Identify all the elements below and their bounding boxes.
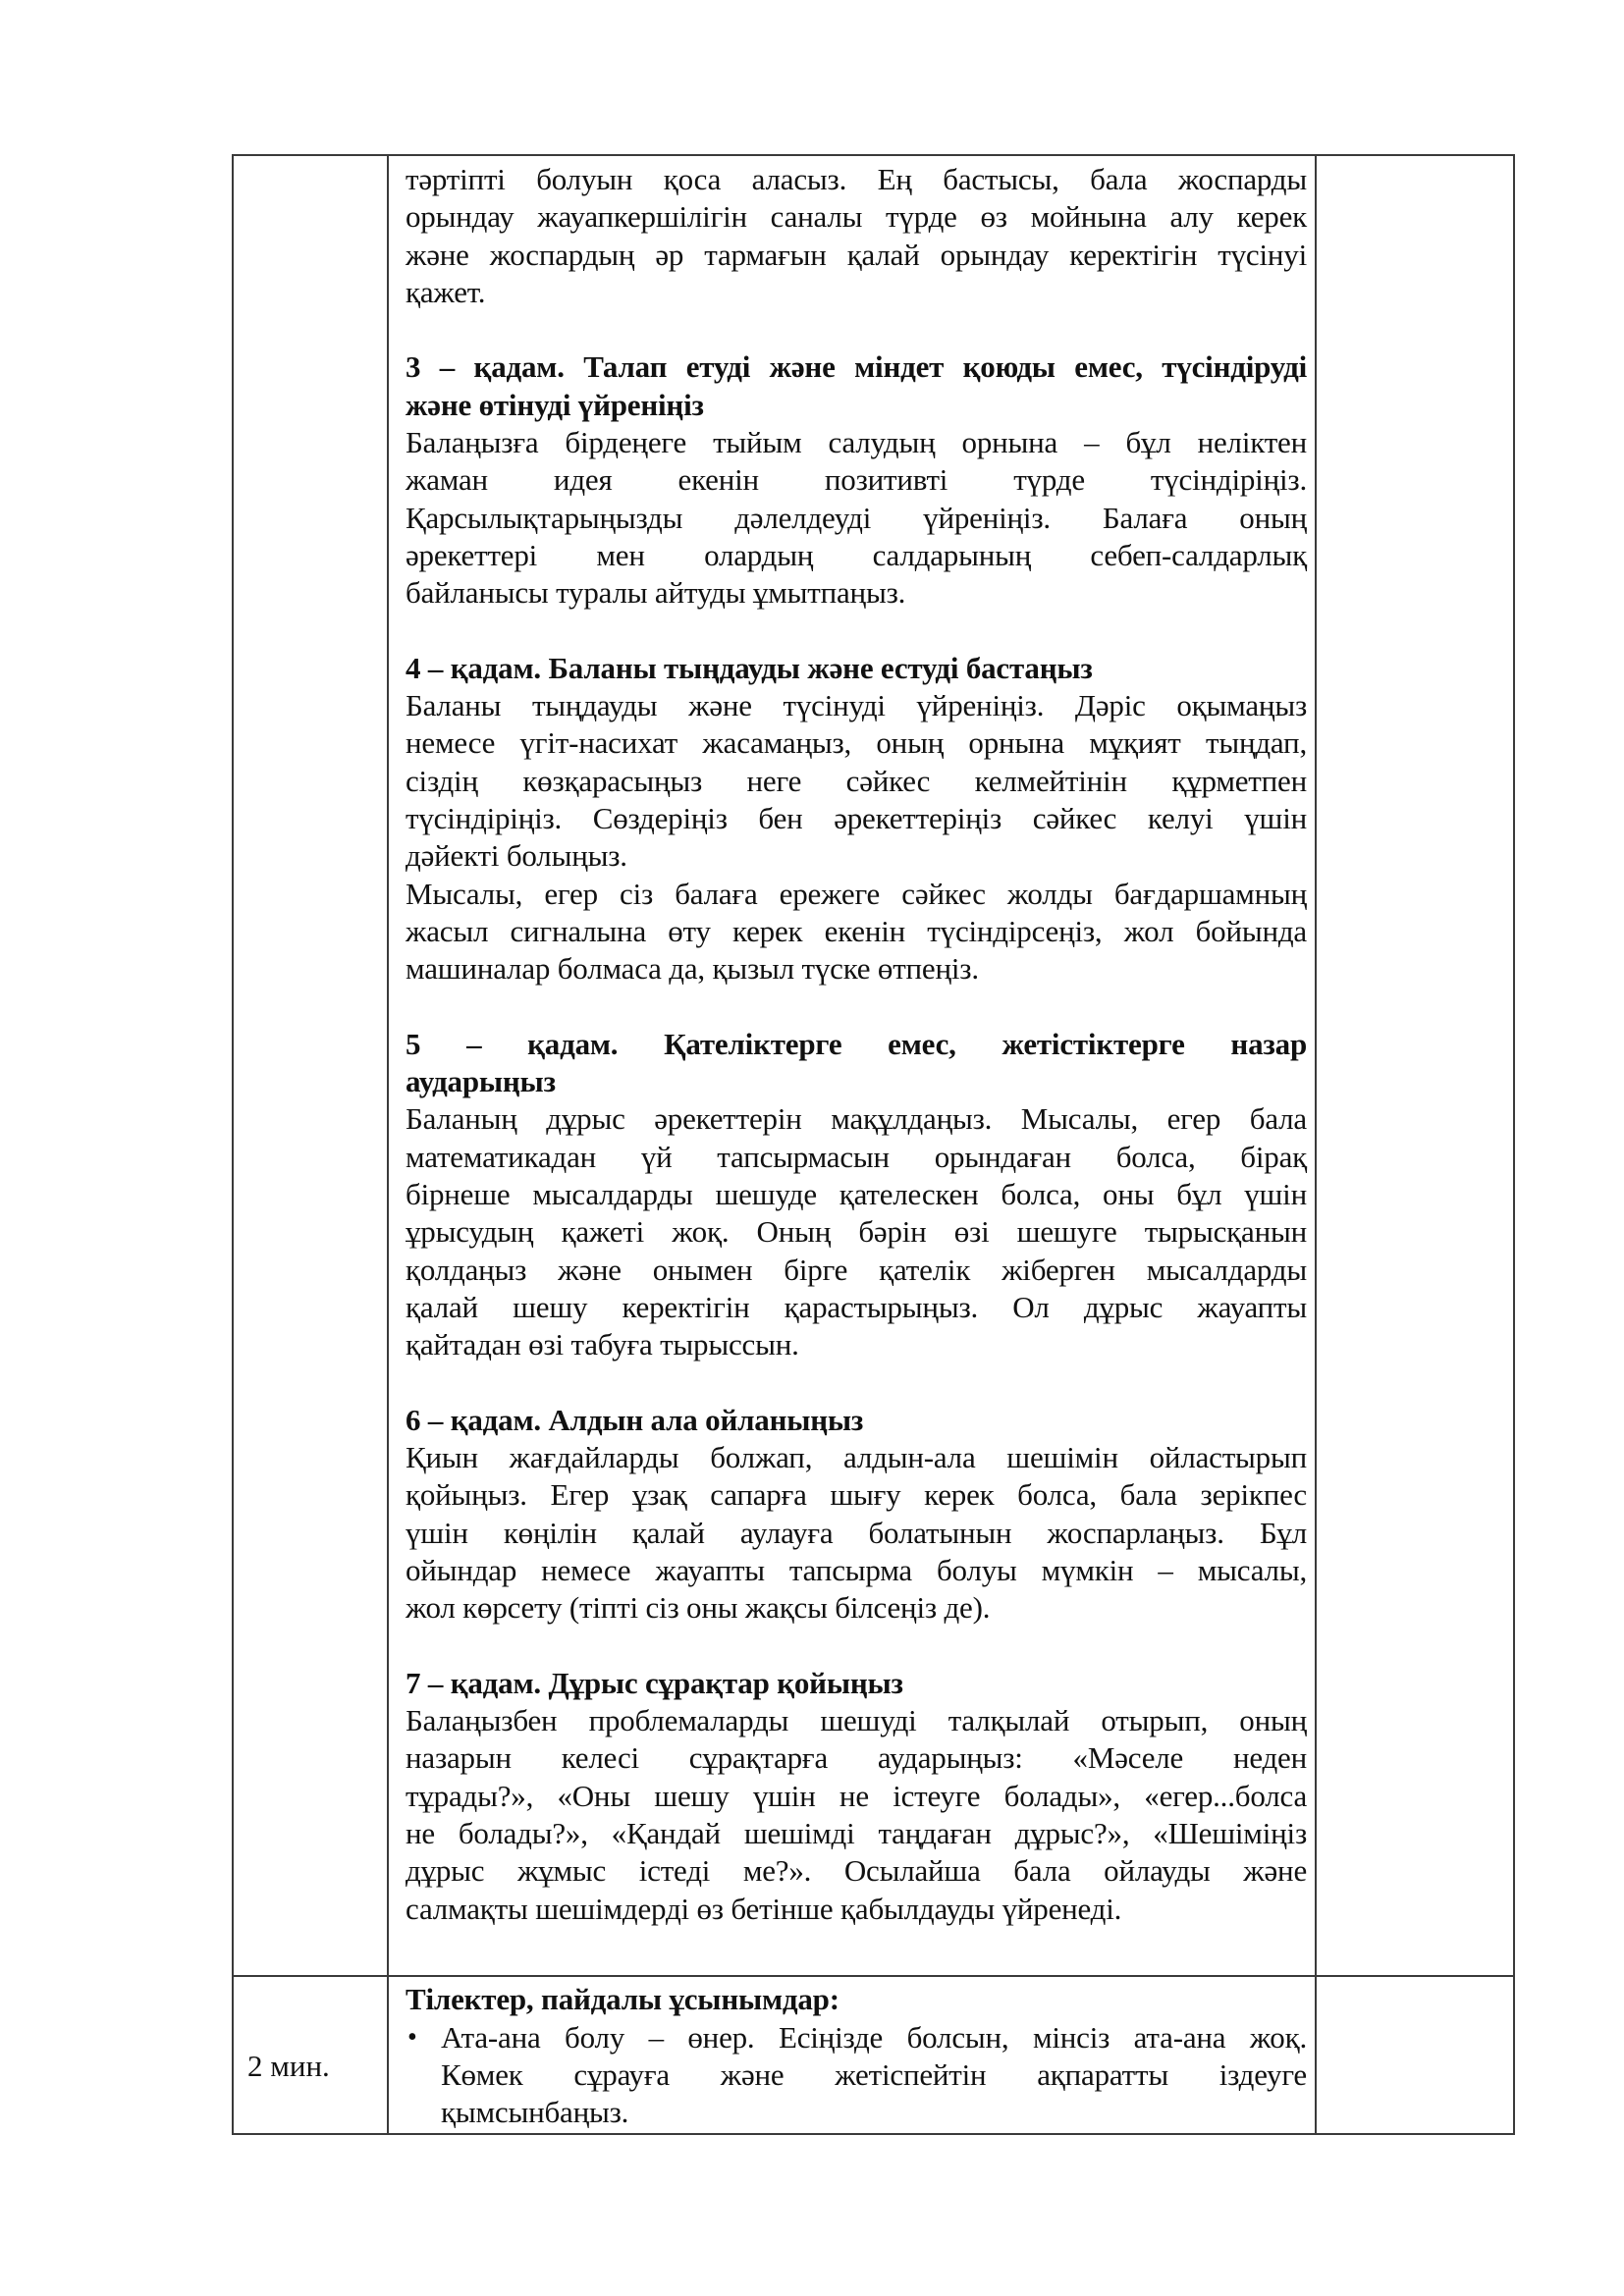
paragraph-line: орындау жауапкершілігін саналы түрде өз … bbox=[406, 198, 1307, 236]
paragraph-line: назарын келесі сұрақтарға аударыңыз: «Мә… bbox=[406, 1739, 1307, 1777]
paragraph-line: Қиын жағдайларды болжап, алдын-ала шешім… bbox=[406, 1439, 1307, 1476]
step-heading-line: 6 – қадам. Алдын ала ойланыңыз bbox=[406, 1402, 1307, 1439]
step-heading-line: 7 – қадам. Дұрыс сұрақтар қойыңыз bbox=[406, 1665, 1307, 1702]
document-page: тәртіпті болуын қоса аласыз. Ең бастысы,… bbox=[0, 0, 1624, 2296]
paragraph-line: қайтадан өзі табуға тырыссын. bbox=[406, 1326, 1307, 1363]
step-heading-line: 3 – қадам. Талап етуді және міндет қоюды… bbox=[406, 348, 1307, 386]
paragraph-line: жол көрсету (тіпті сіз оны жақсы білсеңі… bbox=[406, 1589, 1307, 1627]
paragraph-line: үшін көңілін қалай аулауға болатынын жос… bbox=[406, 1515, 1307, 1552]
paragraph-line: түсіндіріңіз. Сөздеріңіз бен әрекеттерің… bbox=[406, 800, 1307, 837]
content-cell: тәртіпті болуын қоса аласыз. Ең бастысы,… bbox=[388, 155, 1316, 1976]
paragraph-line: ұрысудың қажеті жоқ. Оның бәрін өзі шешу… bbox=[406, 1213, 1307, 1251]
lesson-plan-table: тәртіпті болуын қоса аласыз. Ең бастысы,… bbox=[232, 154, 1515, 2135]
paragraph-line: Баланы тыңдауды және түсінуді үйреніңіз.… bbox=[406, 687, 1307, 724]
step-heading-line: 5 – қадам. Қателіктерге емес, жетістікте… bbox=[406, 1026, 1307, 1063]
paragraph-line: машиналар болмаса да, қызыл түске өтпеңі… bbox=[406, 950, 1307, 988]
step-3: 3 – қадам. Талап етуді және міндет қоюды… bbox=[406, 348, 1307, 612]
paragraph-line: немесе үгіт-насихат жасамаңыз, оның орны… bbox=[406, 724, 1307, 762]
step-6: 6 – қадам. Алдын ала ойланыңызҚиын жағда… bbox=[406, 1402, 1307, 1628]
table-row: тәртіпті болуын қоса аласыз. Ең бастысы,… bbox=[233, 155, 1514, 1976]
paragraph-line: қолдаңыз және онымен бірге қателік жібер… bbox=[406, 1252, 1307, 1289]
bullet-item: •Ата-ана болу – өнер. Есіңізде болсын, м… bbox=[406, 2019, 1307, 2132]
notes-cell bbox=[1316, 1976, 1514, 2134]
paragraph-line: және жоспардың әр тармағын қалай орындау… bbox=[406, 237, 1307, 274]
paragraph-line: дұрыс жұмыс істеді ме?». Осылайша бала о… bbox=[406, 1852, 1307, 1890]
bullet-icon: • bbox=[407, 2019, 417, 2056]
paragraph-line: тәртіпті болуын қоса аласыз. Ең бастысы,… bbox=[406, 161, 1307, 198]
paragraph-line: дәйекті болыңыз. bbox=[406, 837, 1307, 875]
bullet-line: Көмек сұрауға және жетіспейтін ақпаратты… bbox=[441, 2056, 1307, 2094]
paragraph-line: ойындар немесе жауапты тапсырма болуы мү… bbox=[406, 1552, 1307, 1589]
bullet-list: •Ата-ана болу – өнер. Есіңізде болсын, м… bbox=[406, 2019, 1307, 2132]
step-5: 5 – қадам. Қателіктерге емес, жетістікте… bbox=[406, 1026, 1307, 1364]
continuation-paragraph: тәртіпті болуын қоса аласыз. Ең бастысы,… bbox=[406, 161, 1307, 311]
section-heading: Тілектер, пайдалы ұсынымдар: bbox=[406, 1981, 1307, 2018]
paragraph-line: жасыл сигналына өту керек екенін түсінді… bbox=[406, 913, 1307, 950]
step-heading-line: және өтінуді үйреніңіз bbox=[406, 387, 1307, 424]
paragraph-line: не болады?», «Қандай шешімді таңдаған дұ… bbox=[406, 1815, 1307, 1852]
paragraph-line: Баланың дұрыс әрекеттерін мақұлдаңыз. Мы… bbox=[406, 1100, 1307, 1138]
paragraph-line: салмақты шешімдерді өз бетінше қабылдауд… bbox=[406, 1891, 1307, 1928]
paragraph-line: қажет. bbox=[406, 274, 1307, 311]
notes-cell bbox=[1316, 155, 1514, 1976]
paragraph-line: сіздің көзқарасыңыз неге сәйкес келмейті… bbox=[406, 763, 1307, 800]
bullet-line: Ата-ана болу – өнер. Есіңізде болсын, мі… bbox=[441, 2019, 1307, 2056]
time-cell: 2 мин. bbox=[233, 1976, 388, 2134]
time-cell bbox=[233, 155, 388, 1976]
bullet-line: қымсынбаңыз. bbox=[441, 2094, 1307, 2131]
paragraph-line: Балаңызға бірдеңеге тыйым салудың орнына… bbox=[406, 424, 1307, 461]
step-heading-line: аударыңыз bbox=[406, 1063, 1307, 1100]
table-row: 2 мин. Тілектер, пайдалы ұсынымдар: •Ата… bbox=[233, 1976, 1514, 2134]
paragraph-line: Мысалы, егер сіз балаға ережеге сәйкес ж… bbox=[406, 876, 1307, 913]
paragraph-line: Қарсылықтарыңызды дәлелдеуді үйреніңіз. … bbox=[406, 500, 1307, 537]
paragraph-line: бірнеше мысалдарды шешуде қателескен бол… bbox=[406, 1176, 1307, 1213]
paragraph-line: Балаңызбен проблемаларды шешуді талқылай… bbox=[406, 1702, 1307, 1739]
step-heading-line: 4 – қадам. Баланы тыңдауды және естуді б… bbox=[406, 650, 1307, 687]
paragraph-line: тұрады?», «Оны шешу үшін не істеуге бола… bbox=[406, 1778, 1307, 1815]
paragraph-line: қойыңыз. Егер ұзақ сапарға шығу керек бо… bbox=[406, 1476, 1307, 1514]
paragraph-line: әрекеттері мен олардың салдарының себеп-… bbox=[406, 537, 1307, 574]
step-4: 4 – қадам. Баланы тыңдауды және естуді б… bbox=[406, 650, 1307, 988]
paragraph-line: қалай шешу керектігін қарастырыңыз. Ол д… bbox=[406, 1289, 1307, 1326]
paragraph-line: байланысы туралы айтуды ұмытпаңыз. bbox=[406, 574, 1307, 612]
paragraph-line: математикадан үй тапсырмасын орындаған б… bbox=[406, 1139, 1307, 1176]
step-7: 7 – қадам. Дұрыс сұрақтар қойыңызБалаңыз… bbox=[406, 1665, 1307, 1928]
content-cell: Тілектер, пайдалы ұсынымдар: •Ата-ана бо… bbox=[388, 1976, 1316, 2134]
paragraph-line: жаман идея екенін позитивті түрде түсінд… bbox=[406, 461, 1307, 499]
